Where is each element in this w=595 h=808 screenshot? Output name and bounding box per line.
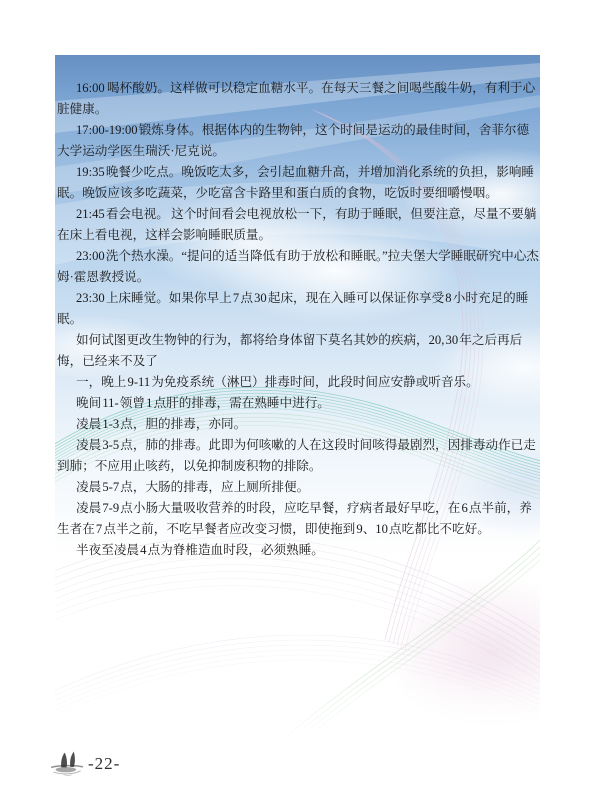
detox-item-colon: 凌晨 5-7 点，大肠的排毒，应上厕所排便。 xyxy=(57,477,540,498)
paragraph-schedule-21-45: 21:45 看会电视。 这个时间看会电视放松一下，有助于睡眠，但要注意，尽量不要… xyxy=(57,204,540,246)
paragraph-schedule-16-00: 16:00 喝杯酸奶。这样做可以稳定血糖水平。在每天三餐之间喝些酸牛奶，有利于心… xyxy=(57,78,540,120)
detox-item-lung: 凌晨 3-5 点，肺的排毒。此即为何咳嗽的人在这段时间咳得最剧烈，因排毒动作已走… xyxy=(57,435,540,477)
paragraph-schedule-23-30: 23:30 上床睡觉。如果你早上 7 点 30 起床，现在入睡可以保证你享受 8… xyxy=(57,288,540,330)
page-footer: -22- xyxy=(50,746,120,782)
document-page: 16:00 喝杯酸奶。这样做可以稳定血糖水平。在每天三餐之间喝些酸牛奶，有利于心… xyxy=(0,0,595,808)
ink-sketch-decoration xyxy=(50,748,84,780)
document-text-block: 16:00 喝杯酸奶。这样做可以稳定血糖水平。在每天三餐之间喝些酸牛奶，有利于心… xyxy=(57,55,540,561)
detox-item-liver: 晚间 11- 领曾 1 点肝的排毒，需在熟睡中进行。 xyxy=(57,393,540,414)
paragraph-schedule-17-00-19-00: 17:00-19:00 锻炼身体。根据体内的生物钟，这个时间是运动的最佳时间，舍… xyxy=(57,120,540,162)
detox-item-spine: 半夜至凌晨 4 点为脊椎造血时段，必须熟睡。 xyxy=(57,540,540,561)
detox-item-gallbladder: 凌晨 1-3 点，胆的排毒，亦同。 xyxy=(57,414,540,435)
paragraph-schedule-19-35: 19:35 晚餐少吃点。晚饭吃太多，会引起血糖升高，并增加消化系统的负担，影响睡… xyxy=(57,162,540,204)
detox-item-lymph: 一，晚上 9-11 为免疫系统（淋巴）排毒时间，此段时间应安静或听音乐。 xyxy=(57,372,540,393)
detox-item-small-intestine: 凌晨 7-9 点小肠大量吸收营养的时段，应吃早餐，疗病者最好早吃，在 6 点半前… xyxy=(57,498,540,540)
page-number: -22- xyxy=(88,754,120,774)
paragraph-conclusion: 如何试图更改生物钟的行为，都将给身体留下莫名其妙的疾病，20, 30 年之后再后… xyxy=(57,330,540,372)
paragraph-schedule-23-00: 23:00 洗个热水澡。“提问的适当降低有助于放松和睡眠。”拉夫堡大学睡眠研究中… xyxy=(57,246,540,288)
